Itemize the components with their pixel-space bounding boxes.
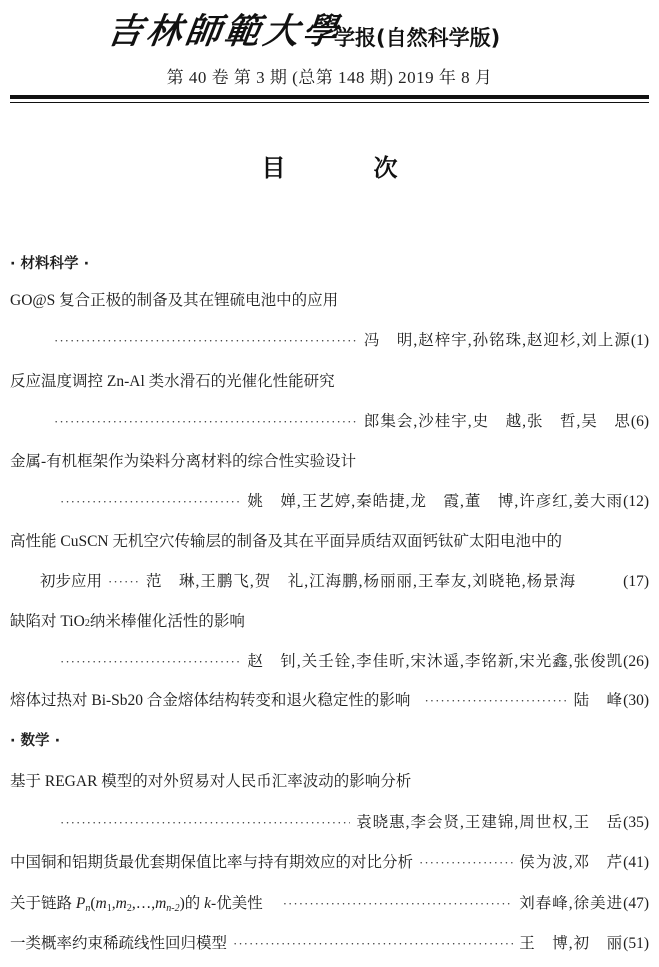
article-authors: 郎集会,沙桂宇,史 越,张 哲,吴 思: [364, 411, 631, 433]
article-title[interactable]: 熔体过热对 Bi-Sb20 合金熔体结构转变和退火稳定性的影响: [10, 690, 410, 712]
header-rule-thick: [10, 95, 649, 99]
article-entry: 关于链路 Pn(m1,m2,…,mn-2)的 k-优美性 刘春峰,徐美进 (47…: [10, 893, 649, 915]
article-page[interactable]: (1): [631, 330, 649, 352]
article-title-continued[interactable]: 初步应用: [40, 571, 102, 593]
article-authors: 侯为波,邓 芹: [519, 852, 623, 874]
dot-leader: [424, 690, 567, 712]
article-authors: 姚 婵,王艺婷,秦皓捷,龙 霞,董 博,许彦红,姜大雨: [247, 491, 623, 513]
article-entry: 中国铜和铝期货最优套期保值比率与持有期效应的对比分析 侯为波,邓 芹 (41): [10, 852, 649, 874]
article-byline: 姚 婵,王艺婷,秦皓捷,龙 霞,董 博,许彦红,姜大雨 (12): [10, 491, 649, 513]
article-page[interactable]: (6): [631, 411, 649, 433]
header-rule-thin: [10, 102, 649, 103]
dot-leader: [60, 651, 241, 673]
article-page[interactable]: (35): [623, 812, 649, 834]
article-title[interactable]: 关于链路 Pn(m1,m2,…,mn-2)的 k-优美性: [10, 893, 263, 915]
article-byline: 郎集会,沙桂宇,史 越,张 哲,吴 思 (6): [10, 411, 649, 433]
article-authors: 赵 钊,关壬铨,李佳昕,宋沐遥,李铭新,宋光鑫,张俊凯: [247, 651, 623, 673]
journal-name: 吉林師範大學: [104, 4, 345, 54]
journal-masthead: 吉林師範大學 学报(自然科学版) 第 40 卷 第 3 期 (总第 148 期)…: [0, 0, 659, 100]
article-entry: 一类概率约束稀疏线性回归模型 王 博,初 丽 (51): [10, 933, 649, 955]
article-authors: 袁晓惠,李会贤,王建锦,周世权,王 岳: [356, 812, 623, 834]
article-title[interactable]: 一类概率约束稀疏线性回归模型: [10, 933, 227, 955]
article-page[interactable]: (12): [623, 491, 649, 513]
article-page[interactable]: (17): [623, 571, 649, 593]
article-byline: 袁晓惠,李会贤,王建锦,周世权,王 岳 (35): [10, 812, 649, 834]
article-authors: 范 琳,王鹏飞,贺 礼,江海鹏,杨丽丽,王奉友,刘晓艳,杨景海: [146, 571, 576, 593]
article-title[interactable]: 基于 REGAR 模型的对外贸易对人民币汇率波动的影响分析: [10, 771, 649, 793]
dot-leader: [419, 852, 513, 874]
dot-leader: ······: [108, 571, 140, 593]
issue-info: 第 40 卷 第 3 期 (总第 148 期) 2019 年 8 月: [0, 63, 659, 88]
article-title[interactable]: 中国铜和铝期货最优套期保值比率与持有期效应的对比分析: [10, 852, 413, 874]
journal-edition: 学报(自然科学版): [334, 22, 500, 52]
dot-leader: [54, 411, 358, 433]
toc-title: 目次: [0, 148, 659, 183]
article-page[interactable]: (47): [623, 893, 649, 915]
article-byline: 冯 明,赵梓宇,孙铭珠,赵迎杉,刘上源 (1): [10, 330, 649, 352]
article-entry: 熔体过热对 Bi-Sb20 合金熔体结构转变和退火稳定性的影响 陆 峰 (30): [10, 690, 649, 712]
article-page[interactable]: (30): [623, 690, 649, 712]
article-authors: 刘春峰,徐美进: [519, 893, 623, 915]
section-heading-materials: · 材料科学 ·: [10, 253, 649, 275]
dot-leader: [233, 933, 513, 955]
article-authors: 冯 明,赵梓宇,孙铭珠,赵迎杉,刘上源: [364, 330, 631, 352]
article-byline: 初步应用 ······ 范 琳,王鹏飞,贺 礼,江海鹏,杨丽丽,王奉友,刘晓艳,…: [10, 571, 649, 593]
article-page[interactable]: (26): [623, 651, 649, 673]
dot-leader: [54, 330, 358, 352]
article-title[interactable]: 金属-有机框架作为染料分离材料的综合性实验设计: [10, 451, 649, 473]
dot-leader: [60, 491, 241, 513]
dot-leader: [60, 812, 350, 834]
article-title[interactable]: 反应温度调控 Zn-Al 类水滑石的光催化性能研究: [10, 371, 649, 393]
article-authors: 王 博,初 丽: [519, 933, 623, 955]
article-title[interactable]: 高性能 CuSCN 无机空穴传输层的制备及其在平面异质结双面钙钛矿太阳电池中的: [10, 531, 649, 553]
article-page[interactable]: (51): [623, 933, 649, 955]
article-title[interactable]: GO@S 复合正极的制备及其在锂硫电池中的应用: [10, 290, 649, 312]
article-byline: 赵 钊,关壬铨,李佳昕,宋沐遥,李铭新,宋光鑫,张俊凯 (26): [10, 651, 649, 673]
article-authors: 陆 峰: [574, 690, 624, 712]
dot-leader: [283, 893, 514, 915]
article-page[interactable]: (41): [623, 852, 649, 874]
section-heading-mathematics: · 数学 ·: [10, 730, 649, 752]
article-title[interactable]: 缺陷对 TiO2 纳米棒催化活性的影响: [10, 611, 649, 633]
